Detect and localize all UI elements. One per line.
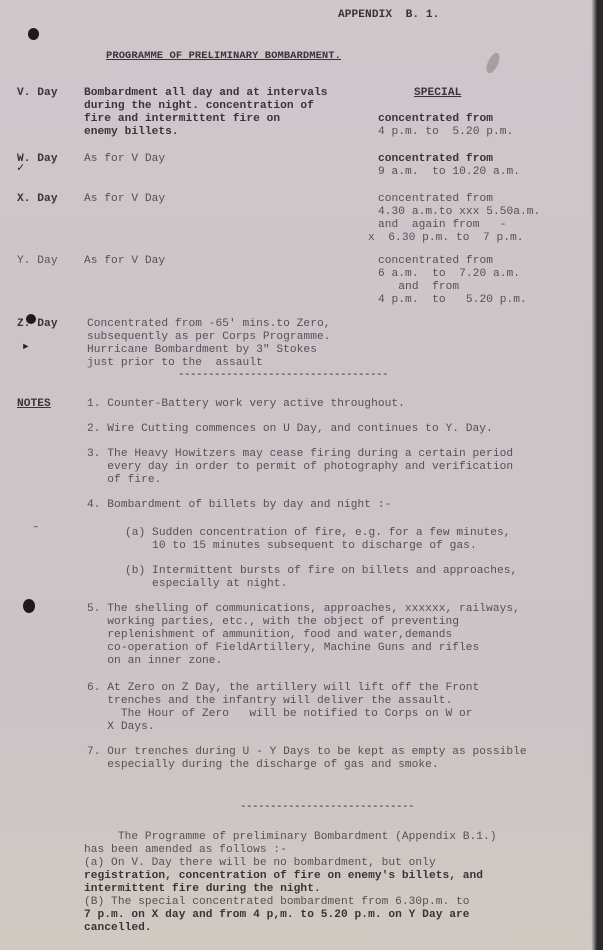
day-label-x: X. Day xyxy=(17,193,58,206)
appendix-label: APPENDIX B. 1. xyxy=(338,9,439,22)
day-label-y: Y. Day xyxy=(17,255,58,268)
page-title: PROGRAMME OF PRELIMINARY BOMBARDMENT. xyxy=(106,50,341,63)
pencil-mark: – xyxy=(33,522,38,532)
day-description-w: As for V Day xyxy=(84,153,165,166)
day-description-y: As for V Day xyxy=(84,255,165,268)
punch-hole xyxy=(28,28,39,40)
arrow-mark: ► xyxy=(23,342,28,352)
background-edge xyxy=(597,0,603,950)
special-heading: SPECIAL xyxy=(414,87,461,100)
day-description-x: As for V Day xyxy=(84,193,165,206)
day-label-w: W. Day xyxy=(17,153,58,166)
amendment-separator: ----------------------------- xyxy=(240,801,414,813)
punch-hole xyxy=(23,599,35,613)
separator-line: ----------------------------------- xyxy=(178,369,388,381)
document-page: ✓ ► – APPENDIX B. 1. PROGRAMME OF PRELIM… xyxy=(0,0,597,950)
notes-label: NOTES xyxy=(17,398,51,411)
day-label-v: V. Day xyxy=(17,87,58,100)
ink-smudge xyxy=(484,51,502,75)
day-label-z: Z. Day xyxy=(17,318,58,331)
